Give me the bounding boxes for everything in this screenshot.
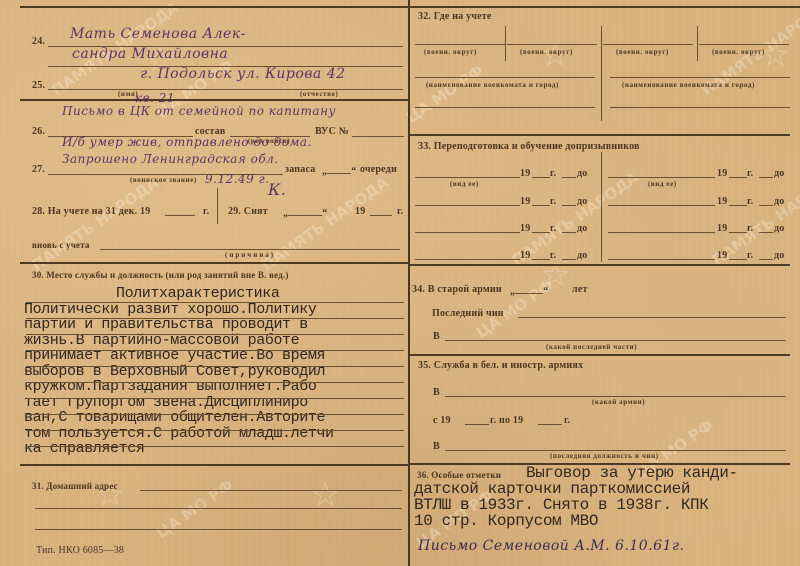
political-characteristic-title: Политхарактеристика <box>24 286 414 302</box>
to-label: до <box>774 250 784 261</box>
special-notes-handwritten: Письмо Семеновой А.М. 6.10.61г. <box>418 538 685 554</box>
year-suffix: г. <box>747 196 753 207</box>
watermark: ПАМЯТЬ НАРОДА <box>28 173 162 274</box>
column-divider <box>408 0 410 566</box>
year-suffix: г. <box>550 196 556 207</box>
year-prefix: 19 <box>520 196 530 207</box>
year-prefix: 19 <box>717 250 727 261</box>
to-label: до <box>577 250 587 261</box>
to-label: до <box>774 196 784 207</box>
field-26-number: 26. <box>32 126 45 137</box>
year-prefix: 19 <box>717 196 727 207</box>
field-32-label: 32. Где на учете <box>418 11 492 22</box>
special-notes-line: 10 стр. Корпусом МВО <box>414 513 794 529</box>
field-35-period-start: с 19 <box>433 415 451 426</box>
caption-patronymic: (отчество) <box>300 90 338 98</box>
year-suffix: г. <box>747 223 753 234</box>
field-28-blank <box>165 206 195 219</box>
field-27-class-label: запаса <box>285 164 315 175</box>
characteristic-line: ван,С товарищами общителен.Авторите <box>24 410 414 426</box>
star-watermark-icon: ☆ <box>310 475 340 515</box>
field-31-label: 31. Домашний адрес <box>32 481 118 491</box>
caption-district: (военн. округ) <box>520 48 573 56</box>
field-25-number: 25. <box>32 80 45 91</box>
field-28-suffix: г. <box>203 206 209 217</box>
caption-district: (военн. округ) <box>616 48 669 56</box>
caption-military-rank: (воинское звание) <box>130 176 197 184</box>
field-27-handwritten: Запрошено Ленинградская обл. <box>62 152 279 166</box>
caption-last-unit: (какой последней части) <box>546 343 637 351</box>
year-suffix: г. <box>747 168 753 179</box>
field-29-label: 29. Снят <box>228 206 268 217</box>
field-27-handwritten-date: 9.12.49 г. <box>205 172 270 186</box>
caption-commissariat: (наименование военкомата и город) <box>622 81 755 89</box>
field-26-vus-label: ВУС № <box>315 126 349 137</box>
field-35-label: 35. Служба в бел. и иностр. армиях <box>418 360 583 371</box>
field-28-label: 28. На учете на 31 дек. 19 <box>32 206 150 217</box>
year-suffix: г. <box>747 250 753 261</box>
year-prefix: 19 <box>717 223 727 234</box>
to-label: до <box>577 168 587 179</box>
to-label: до <box>774 168 784 179</box>
field-35-in-label: В <box>433 387 440 398</box>
field-29-suffix: г. <box>397 206 403 217</box>
top-rule <box>20 6 800 8</box>
year-suffix: г. <box>550 223 556 234</box>
year-prefix: 19 <box>717 168 727 179</box>
removed-reason-label: вновь с учета <box>32 240 90 250</box>
field-26-handwritten-line1: Письмо в ЦК от семейной по капитану <box>62 104 336 118</box>
field-27-handwritten-initial: К. <box>268 180 286 199</box>
to-label: до <box>577 223 587 234</box>
caption-type: (вид ее) <box>450 180 479 188</box>
field-27-class-blank: „“ <box>322 164 356 177</box>
year-prefix: 19 <box>520 250 530 261</box>
caption-which-army: (какой армии) <box>592 398 645 406</box>
year-suffix: г. <box>550 250 556 261</box>
field-25-handwritten: г. Подольск ул. Кирова 42 <box>140 66 346 82</box>
caption-commissariat: (наименование военкомата и город) <box>426 81 559 89</box>
characteristic-line: тает групоргом звена.Дисциплиниро <box>24 395 414 411</box>
field-35-position-in-label: В <box>433 441 440 452</box>
to-label: до <box>774 223 784 234</box>
field-27-number: 27. <box>32 164 45 175</box>
field-33-label: 33. Переподготовка и обучение допризывни… <box>418 141 640 152</box>
special-notes-line: ВТЛШ в 1933г. Снято в 1938г. КПК <box>414 497 794 513</box>
field-29-year: 19 <box>355 206 365 217</box>
year-prefix: 19 <box>520 168 530 179</box>
field-24-handwritten-line1: Мать Семенова Алек- <box>70 26 246 42</box>
special-notes-typed: Выговор за утерю канди- датской карточки… <box>414 465 794 529</box>
field-29-date-blank: „“ <box>283 206 327 219</box>
watermark: ЦА МО РФ <box>153 476 237 542</box>
form-code: Тип. НКО 6085—38 <box>36 545 124 556</box>
special-notes-line: Выговор за утерю канди- <box>414 465 794 481</box>
field-25-handwritten-extra: кв. 21 <box>135 91 175 105</box>
field-34-last-rank-label: Последний чин <box>432 308 504 319</box>
characteristic-line: партии и правительства проводит в <box>24 317 414 333</box>
characteristic-line: Политически развит хорошо.Политику <box>24 302 414 318</box>
field-34-in-label: В <box>433 331 440 342</box>
caption-last-position: (последняя должность и чин) <box>550 452 659 460</box>
field-34-years-blank: „“ <box>510 284 548 297</box>
field-35-period-end: г. <box>564 415 570 426</box>
characteristic-line: ка справляется <box>24 441 414 457</box>
caption-district: (военн. округ) <box>424 48 477 56</box>
characteristic-line: том пользуется.С работой младш.летчи <box>24 426 414 442</box>
field-26-handwritten-line2: И/б умер жив, отправлено до дома. <box>62 135 312 149</box>
special-notes-line: датской карточки парткомиссией <box>414 481 794 497</box>
field-24-handwritten-line2: сандра Михайловна <box>72 46 228 62</box>
field-30-label: 30. Место службы и должность (или род за… <box>32 270 289 280</box>
caption-type: (вид ее) <box>648 180 677 188</box>
field-24-number: 24. <box>32 36 45 47</box>
caption-reason: (причина) <box>225 251 275 259</box>
field-34-years-suffix: лет <box>572 284 588 295</box>
field-34-label: 34. В старой армии <box>412 284 502 295</box>
year-prefix: 19 <box>520 223 530 234</box>
year-suffix: г. <box>550 168 556 179</box>
to-label: до <box>577 196 587 207</box>
field-29-year-blank <box>370 206 392 219</box>
field-35-period-mid: г. по 19 <box>490 415 523 426</box>
field-27-queue-label: очереди <box>360 164 397 175</box>
watermark: ЦА МО РФ <box>403 61 487 127</box>
caption-district: (военн. округ) <box>712 48 765 56</box>
